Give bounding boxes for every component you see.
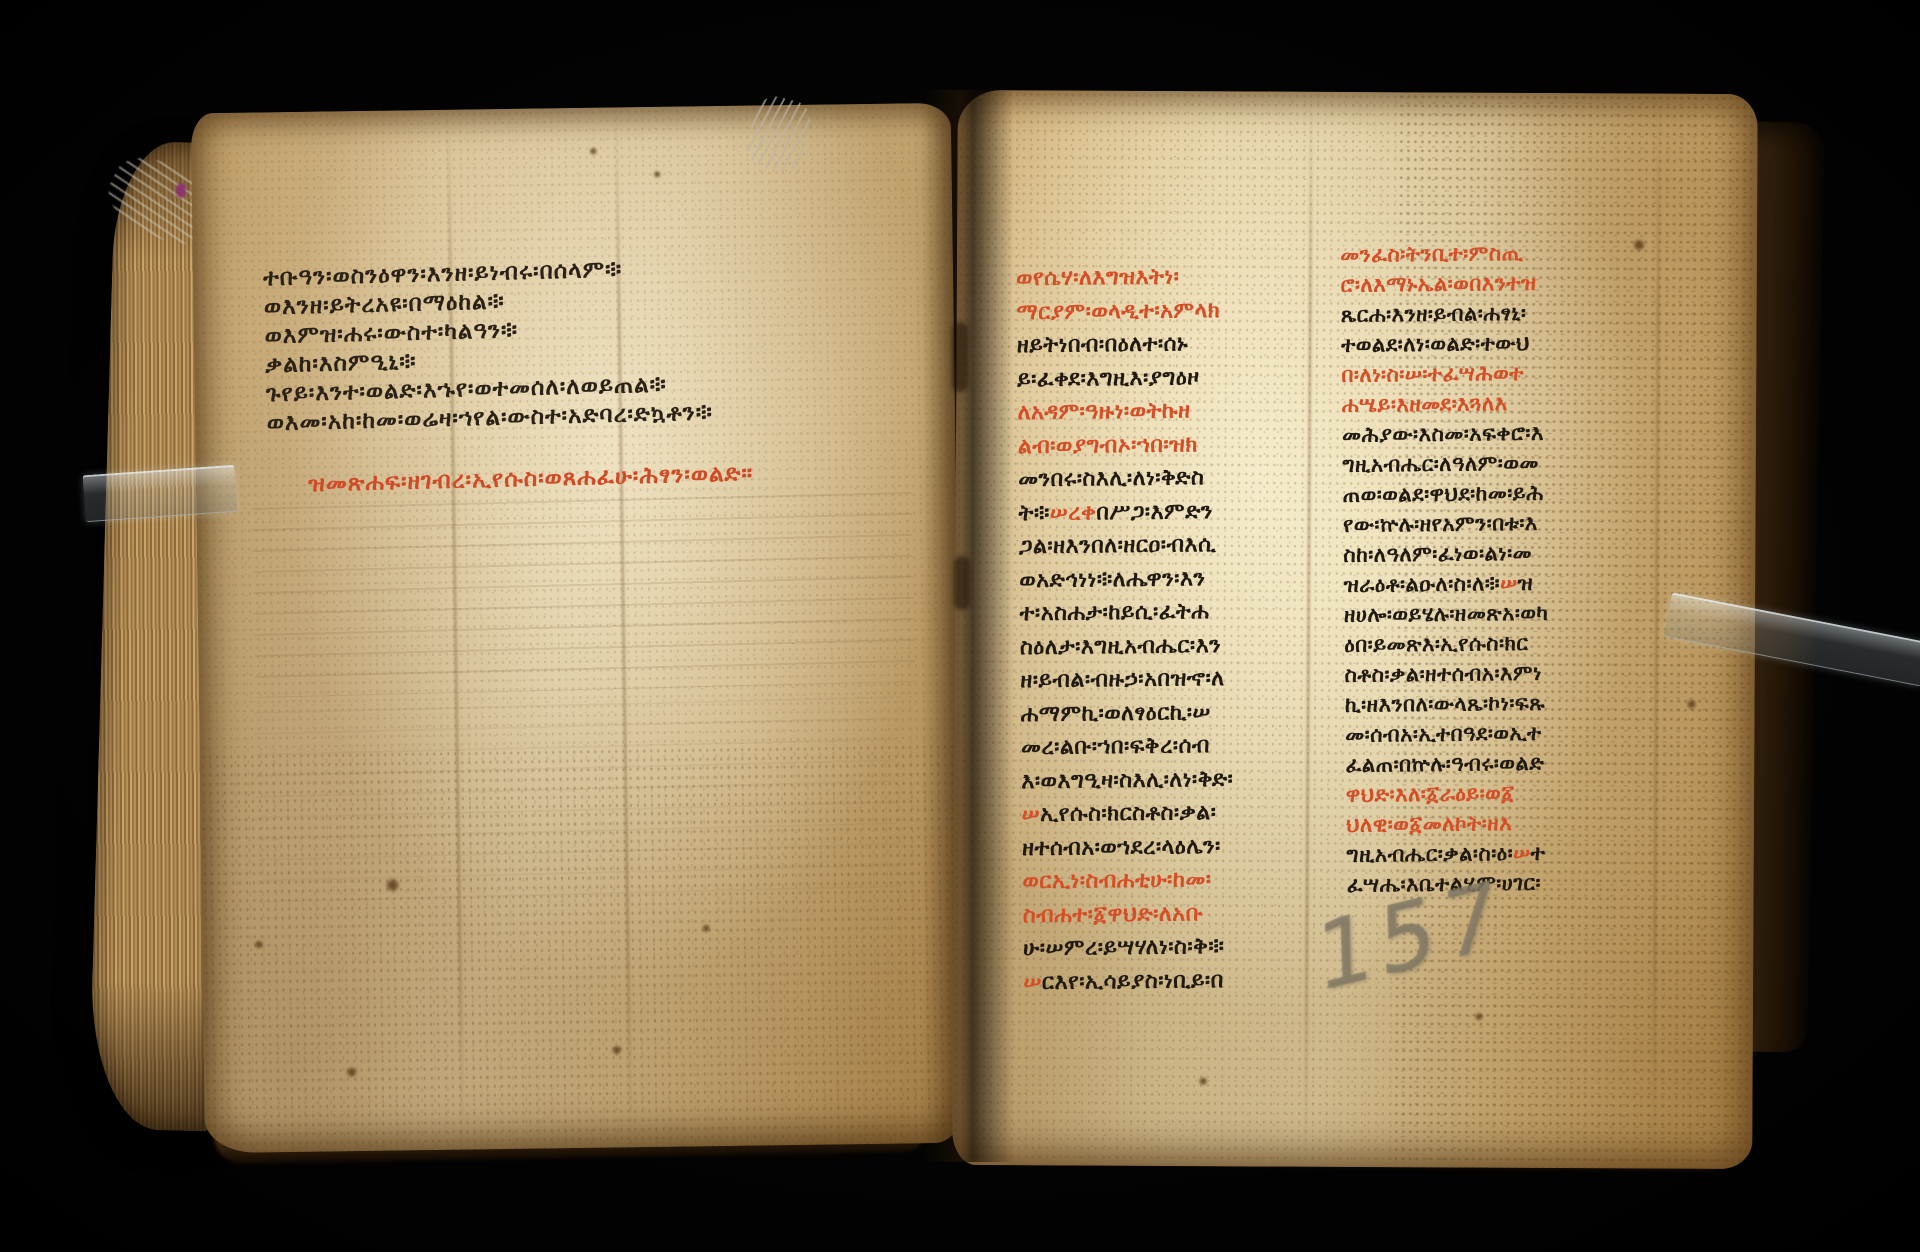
rubric-text: ዋህድ፡እለ፡፩ራዕይ፡ወ፩	[1346, 781, 1515, 807]
left-page-text-block: ተቡዓን፡ወስንዕዋን፡እንዘ፡ይነብሩ፡በሰላም፨ወእንዘ፡ይትረአዩ፡በማዕ…	[263, 253, 754, 501]
body-text: መንበሩ፡ስእሊ፡ለነ፡ቅድስ	[1018, 465, 1204, 492]
manuscript-text-line: ፈልጠ፡በኵሉ፡ዓብሩ፡ወልድ	[1345, 748, 1550, 780]
manuscript-text-line: ዕበ፡ይመጽእ፡ኢየሱስ፡ክር	[1344, 628, 1549, 660]
body-text: ስዕለታ፡እግዚአብሔር፡እን	[1020, 633, 1222, 660]
body-text: ይ፡ፈቀደ፡እግዚእ፡ያግዕዞ	[1017, 365, 1200, 392]
rubric-text: ወየሴሃ፡ለእግዝእትነ፡	[1016, 265, 1180, 292]
right-page-column-1: ወየሴሃ፡ለእግዝእትነ፡ማርያም፡ወላዲተ፡አምላክዘይትነበብ፡በዕለተ፡ሰ…	[1016, 260, 1236, 999]
stain-spot	[254, 940, 263, 948]
body-text: ኢየሱስ፡ክርስቶስ፡ቃል፡	[1040, 800, 1217, 827]
manuscript-text-line: ግዚአብሔር፡ቃል፡ስ፡ዕ፡ሠተ	[1346, 838, 1551, 870]
manuscript-text-line: ሐሤይ፡እዘመደ፡እጓለእ	[1342, 388, 1547, 420]
sewing-station	[954, 556, 970, 610]
manuscript-text-line: ተወልደ፡ለነ፡ወልድ፡ተውህ	[1341, 328, 1546, 360]
body-text: ወእምዝ፡ሐሩ፡ውስተ፡ካልዓን፨	[264, 317, 518, 349]
body-text: ት፨	[1018, 500, 1050, 525]
rubric-text: ማርያም፡ወላዲተ፡አምላክ	[1016, 298, 1220, 325]
body-text: መረ፡ልቡ፡ኀበ፡ፍቅረ፡ሰብ	[1021, 733, 1210, 760]
body-text: ተ፡አስሐታ፡ከይሲ፡ፈትሐ	[1019, 599, 1209, 626]
stain-spot	[385, 879, 399, 892]
body-text: መ፡ሰብአ፡ኢተበዓደ፡ወኢተ	[1345, 721, 1542, 747]
bleed-through-lines	[251, 492, 915, 698]
body-text: ተ	[1531, 841, 1546, 865]
rubric-text: ሮ፡ለእማኑኤል፡ወበእንተዝ	[1340, 271, 1536, 297]
body-text: ወእንዘ፡ይትረአዩ፡በማዕከል፨	[264, 288, 505, 320]
manuscript-text-line: መረ፡ልቡ፡ኀበ፡ፍቅረ፡ሰብ	[1021, 729, 1233, 765]
right-page: ወየሴሃ፡ለእግዝእትነ፡ማርያም፡ወላዲተ፡አምላክዘይትነበብ፡በዕለተ፡ሰ…	[952, 90, 1758, 1169]
manuscript-text-line: ጼርሐ፡እንዘ፡ይብል፡ሐፃኒ፡	[1341, 298, 1546, 330]
manuscript-text-line: ማርያም፡ወላዲተ፡አምላክ	[1016, 293, 1228, 329]
manuscript-text-line: ሠርእየ፡ኢሳይያስ፡ነቢይ፡በ	[1023, 963, 1235, 999]
bleed-through-lines	[254, 696, 899, 922]
manuscript-text-line: የው፡ኵሉ፡ዘየአምን፡በቱ፡እ	[1343, 508, 1548, 540]
manuscript-text-line: ሮ፡ለእማኑኤል፡ወበእንተዝ	[1340, 268, 1545, 300]
manuscript-text-line: ዝራዕቶ፡ልዑለ፡ስ፡ለ፨ሠዝ	[1343, 568, 1548, 600]
rubric-text: ሠረቀ	[1050, 500, 1097, 525]
body-text: ስከ፡ለዓለም፡ፈነወ፡ልነ፡መ	[1343, 541, 1532, 567]
manuscript-text-line: ስቶስ፡ቃል፡ዘተሰብአ፡እምነ	[1344, 658, 1549, 690]
manuscript-text-line: ዘይትነበብ፡በዕለተ፡ሰኑ	[1017, 327, 1229, 363]
stain-spot	[612, 1045, 622, 1054]
rubric-text: ሠ	[1023, 969, 1042, 994]
parchment-speckle	[200, 743, 966, 1154]
rubric-text: ስብሐተ፡፩ዋህድ፡ለአቡ	[1023, 901, 1204, 928]
rubric-text: ሠ	[1513, 841, 1531, 865]
rubric-text: ሐሤይ፡እዘመደ፡እጓለእ	[1342, 391, 1508, 417]
rubric-text: ልብ፡ወያግብኦ፡ኀበ፡ዝክ	[1018, 432, 1198, 459]
rubric-text: ሠ	[1500, 571, 1518, 595]
manuscript-text-line: መ፡ሰብአ፡ኢተበዓደ፡ወኢተ	[1345, 718, 1550, 750]
rubric-text: ወርኢነ፡ስብሐቲሁ፡ከመ፡	[1022, 867, 1211, 894]
body-text: ወአድኅነነ፨ለሔዋን፡እን	[1019, 566, 1206, 593]
body-text: ዘሀሎ፡ወይሄሉ፡ዘመጽአ፡ወካ	[1344, 601, 1549, 627]
body-text: ፈልጠ፡በኵሉ፡ዓብሩ፡ወልድ	[1345, 751, 1544, 777]
manuscript-text-line: እ፡ወእግዒዛ፡ስእሊ፡ለነ፡ቅድ፡	[1021, 762, 1233, 798]
rubric-text: ሠ	[1022, 802, 1041, 827]
manuscript-text-line: ለአዳም፡ዓዙነ፡ወትኩዘ	[1017, 394, 1229, 430]
body-text: መሕያው፡እስመ፡አፍቀሮ፡እ	[1342, 421, 1544, 447]
body-text: ስቶስ፡ቃል፡ዘተሰብአ፡እምነ	[1344, 661, 1542, 687]
manuscript-text-line: ዋህድ፡እለ፡፩ራዕይ፡ወ፩	[1346, 778, 1551, 810]
body-text: ኪ፡ዘእንበለ፡ውላጼ፡ኮነ፡ፍጹ	[1345, 691, 1545, 717]
left-page: ተቡዓን፡ወስንዕዋን፡እንዘ፡ይነብሩ፡በሰላም፨ወእንዘ፡ይትረአዩ፡በማዕ…	[191, 103, 965, 1154]
body-text: ቃልከ፡እስምዒኒ፨	[265, 349, 417, 379]
body-text: ተወልደ፡ለነ፡ወልድ፡ተውህ	[1341, 331, 1530, 357]
stain-spot	[589, 148, 597, 155]
manuscript-text-line: ስከ፡ለዓለም፡ፈነወ፡ልነ፡መ	[1343, 538, 1548, 570]
stain-spot	[1475, 1013, 1483, 1021]
stain-spot	[1687, 700, 1697, 709]
body-text: ጋል፡ዘእንበለ፡ዘርዐ፡ብእሲ	[1019, 532, 1217, 559]
body-text: ግዚአብሔር፡ለዓለም፡ወመ	[1342, 451, 1539, 477]
sewing-station	[952, 322, 968, 392]
stain-spot	[702, 924, 710, 932]
manuscript-text-line: ወአድኅነነ፨ለሔዋን፡እን	[1019, 561, 1231, 597]
manuscript-text-line: ህለዊ፡ወ፩መለኮት፡ዘእ	[1346, 808, 1551, 840]
rubric-text: በ፡ለነ፡ስ፡ሠ፡ተፈሣሕወተ	[1341, 361, 1524, 387]
body-text: ዝራዕቶ፡ልዑለ፡ስ፡ለ፨	[1344, 571, 1501, 597]
manuscript-text-line: ስዕለታ፡እግዚአብሔር፡እን	[1020, 628, 1232, 664]
manuscript-text-line: ተ፡አስሐታ፡ከይሲ፡ፈትሐ	[1019, 595, 1231, 631]
stain-spot	[346, 1067, 357, 1077]
rubric-text: መንፈስ፡ትንቢተ፡ምስጢ	[1340, 241, 1523, 267]
manuscript-text-line: ት፨ሠረቀበሥጋ፡እምድን	[1018, 494, 1230, 530]
rubric-text: ዝመጽሐፍ፡ዘገብረ፡ኢየሱስ፡ወጸሐፈሁ፡ሕፃን፡ወልድ።	[308, 460, 754, 497]
body-text: ዕበ፡ይመጽእ፡ኢየሱስ፡ክር	[1344, 631, 1528, 657]
manuscript-text-line: መሕያው፡እስመ፡አፍቀሮ፡እ	[1342, 418, 1547, 450]
rubric-text: ለአዳም፡ዓዙነ፡ወትኩዘ	[1017, 398, 1190, 425]
page-crease	[1304, 92, 1313, 1167]
manuscript-text-line: ወየሴሃ፡ለእግዝእትነ፡	[1016, 260, 1228, 296]
right-page-column-2: መንፈስ፡ትንቢተ፡ምስጢሮ፡ለእማኑኤል፡ወበእንተዝጼርሐ፡እንዘ፡ይብል፡…	[1340, 238, 1551, 900]
manuscript-text-line: ልብ፡ወያግብኦ፡ኀበ፡ዝክ	[1018, 427, 1230, 463]
body-text: እ፡ወእግዒዛ፡ስእሊ፡ለነ፡ቅድ፡	[1021, 766, 1233, 793]
manuscript-text-line: ጠወ፡ወልደ፡ዋህደ፡ከመ፡ይሕ	[1343, 478, 1548, 510]
stain-spot	[1199, 1077, 1208, 1085]
body-text: ዘተሰብአ፡ወኀደረ፡ላዕሌን፡	[1022, 834, 1221, 861]
body-text: ዝ	[1517, 571, 1533, 595]
body-text: የው፡ኵሉ፡ዘየአምን፡በቱ፡እ	[1343, 511, 1538, 537]
manuscript-text-line: ስብሐተ፡፩ዋህድ፡ለአቡ	[1023, 896, 1235, 932]
stain-spot	[654, 171, 661, 178]
manuscript-text-line: መንፈስ፡ትንቢተ፡ምስጢ	[1340, 238, 1545, 270]
manuscript-text-line: መንበሩ፡ስእሊ፡ለነ፡ቅድስ	[1018, 461, 1230, 497]
manuscript-text-line: ዝመጽሐፍ፡ዘገብረ፡ኢየሱስ፡ወጸሐፈሁ፡ሕፃን፡ወልድ።	[308, 459, 754, 499]
manuscript-text-line: ሁ፡ሠምረ፡ይሣሃለነ፡ስ፡ቅ፨	[1023, 930, 1235, 966]
manuscript-text-line: ዘሀሎ፡ወይሄሉ፡ዘመጽአ፡ወካ	[1344, 598, 1549, 630]
manuscript-text-line: ጋል፡ዘእንበለ፡ዘርዐ፡ብእሲ	[1019, 528, 1231, 564]
manuscript-text-line: ኪ፡ዘእንበለ፡ውላጼ፡ኮነ፡ፍጹ	[1345, 688, 1550, 720]
body-text: ዘይትነበብ፡በዕለተ፡ሰኑ	[1017, 331, 1189, 358]
body-text: በሥጋ፡እምድን	[1096, 499, 1213, 525]
manuscript-text-line: ይ፡ፈቀደ፡እግዚእ፡ያግዕዞ	[1017, 360, 1229, 396]
body-text: ሁ፡ሠምረ፡ይሣሃለነ፡ስ፡ቅ፨	[1023, 934, 1224, 961]
purple-ink-mark	[176, 183, 186, 198]
rubric-text: ህለዊ፡ወ፩መለኮት፡ዘእ	[1346, 811, 1512, 837]
body-text: ጠወ፡ወልደ፡ዋህደ፡ከመ፡ይሕ	[1343, 481, 1544, 507]
stain-spot	[1633, 239, 1645, 250]
manuscript-text-line: ሠኢየሱስ፡ክርስቶስ፡ቃል፡	[1022, 796, 1234, 832]
manuscript-text-line: ዘ፡ይብል፡ብዙኃ፡አበዝኆ፡ለ	[1020, 662, 1232, 698]
pencil-page-number: 157	[1315, 858, 1506, 1013]
photo-background: ተቡዓን፡ወስንዕዋን፡እንዘ፡ይነብሩ፡በሰላም፨ወእንዘ፡ይትረአዩ፡በማዕ…	[0, 0, 1920, 1252]
manuscript-text-line: ሐማምኪ፡ወለፃዕርኪ፡ሠ	[1020, 695, 1232, 731]
manuscript-text-line: ዘተሰብአ፡ወኀደረ፡ላዕሌን፡	[1022, 829, 1234, 865]
body-text: ዘ፡ይብል፡ብዙኃ፡አበዝኆ፡ለ	[1020, 666, 1225, 693]
manuscript-text-line: በ፡ለነ፡ስ፡ሠ፡ተፈሣሕወተ	[1341, 358, 1546, 390]
manuscript-text-line: ወርኢነ፡ስብሐቲሁ፡ከመ፡	[1022, 863, 1234, 899]
manuscript-text-line: ግዚአብሔር፡ለዓለም፡ወመ	[1342, 448, 1547, 480]
body-text: ጼርሐ፡እንዘ፡ይብል፡ሐፃኒ፡	[1341, 301, 1527, 327]
page-crease	[1652, 94, 1661, 1169]
body-text: ሐማምኪ፡ወለፃዕርኪ፡ሠ	[1021, 700, 1211, 727]
body-text: ርእየ፡ኢሳይያስ፡ነቢይ፡በ	[1042, 968, 1224, 995]
